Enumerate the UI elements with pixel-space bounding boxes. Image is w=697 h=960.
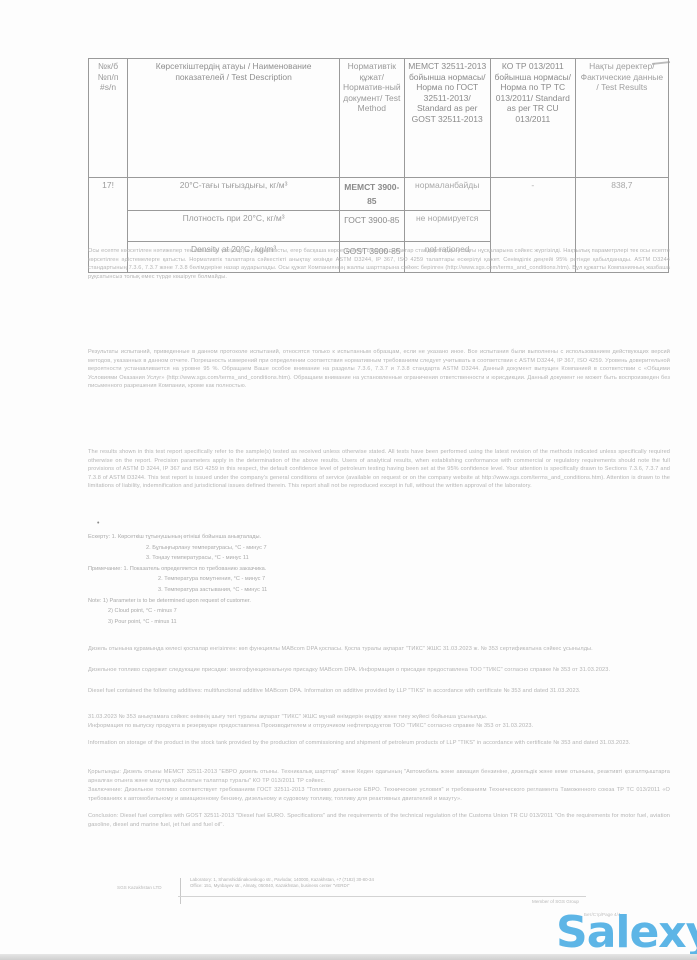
disclaimer-kz: Осы есепте көрсетілген нәтижелер тек сын… — [88, 247, 670, 281]
footer-address-office: Office: 151, Mynbayev str., Almaty, 0500… — [190, 883, 374, 889]
header-gost-norm: МЕМСТ 32511-2013 бойынша нормасы/ Норма … — [404, 59, 490, 178]
note-ru-2: 2. Температура помутнения, °C - минус 7 — [88, 574, 670, 585]
footer-divider — [180, 878, 181, 904]
conclusion-en: Conclusion: Diesel fuel complies with GO… — [88, 812, 670, 829]
row-gost-norm: нормаланбайды — [404, 178, 490, 211]
notes-block: Ескерту: 1. Көрсеткіш тұтынушының өтініш… — [88, 532, 670, 627]
bullet-mark: • — [97, 520, 99, 527]
header-tr-norm: КО ТР 013/2011 бойынша нормасы/ Норма по… — [490, 59, 575, 178]
results-table: №к/б №п/п #s/n Көрсеткіштердің атауы / Н… — [88, 58, 669, 273]
note-kz-2: 2. Бұлыңғырлану температурасы, °C - мину… — [88, 543, 670, 554]
header-description: Көрсеткіштердің атауы / Наименование пок… — [128, 59, 340, 178]
conclusion-kz: Қорытынды: Дизель отыны МЕМСТ 32511-2013… — [88, 768, 670, 785]
footer-rule — [178, 896, 586, 897]
note-en-3: 3) Pour point, °C - minus 11 — [88, 617, 670, 628]
conclusion-ru: Заключение: Дизельное топливо соответств… — [88, 786, 670, 803]
footer-address: Laboratory: 1, Shamshiddinakovskogo str.… — [190, 877, 374, 888]
note-kz-title: Ескерту: 1. Көрсеткіш тұтынушының өтініш… — [88, 532, 670, 543]
row-gost-norm: не нормируется — [404, 211, 490, 242]
additive-ru: Дизельное топливо содержит следующие при… — [88, 666, 670, 675]
test-report-page: №к/б №п/п #s/n Көрсеткіштердің атауы / Н… — [0, 0, 697, 960]
note-ru-3: 3. Температура застывания, °C - минус 11 — [88, 585, 670, 596]
additive-en: Diesel fuel contained the following addi… — [88, 687, 670, 696]
header-method: Нормативтік құжат/ Норматив-ный документ… — [340, 59, 405, 178]
footer-company: SGS Kazakhstan LTD — [117, 885, 162, 890]
header-number: №к/б №п/п #s/n — [89, 59, 128, 178]
scan-bottom-edge — [0, 954, 697, 960]
row-description: 20°C-тағы тығыздығы, кг/м³ — [128, 178, 340, 211]
row-method: МЕМСТ 3900-85 — [340, 178, 405, 211]
row-description: Плотность при 20°C, кг/м³ — [128, 211, 340, 242]
salexy-watermark-logo: Salexy — [556, 908, 697, 958]
note-kz-3: 3. Тоңазу температурасы, °C - минус 11 — [88, 553, 670, 564]
disclaimer-ru: Результаты испытаний, приведенные в данн… — [88, 348, 670, 391]
origin-kz: 31.03.2023 № 353 анықтамаға сәйкес өнімн… — [88, 713, 670, 722]
footer-member: Member of SGS Group — [532, 899, 579, 904]
table-header-row: №к/б №п/п #s/n Көрсеткіштердің атауы / Н… — [89, 59, 669, 178]
additive-kz: Дизель отынына құрамында келесі қоспалар… — [88, 645, 670, 654]
note-ru-title: Примечание: 1. Показатель определяется п… — [88, 564, 670, 575]
note-en-2: 2) Cloud point, °C - minus 7 — [88, 606, 670, 617]
footer-address-lab: Laboratory: 1, Shamshiddinakovskogo str.… — [190, 877, 374, 883]
row-method: ГОСТ 3900-85 — [340, 211, 405, 242]
table-row: 17! 20°C-тағы тығыздығы, кг/м³ МЕМСТ 390… — [89, 178, 669, 211]
origin-ru: Информация по выпуску продукта в резерву… — [88, 722, 670, 731]
origin-en: Information on storage of the product in… — [88, 739, 670, 748]
note-en-title: Note: 1) Parameter is to be determined u… — [88, 596, 670, 607]
header-result: Нақты деректер/ Фактические данные / Tes… — [575, 59, 668, 178]
disclaimer-en: The results shown in this test report sp… — [88, 448, 670, 491]
